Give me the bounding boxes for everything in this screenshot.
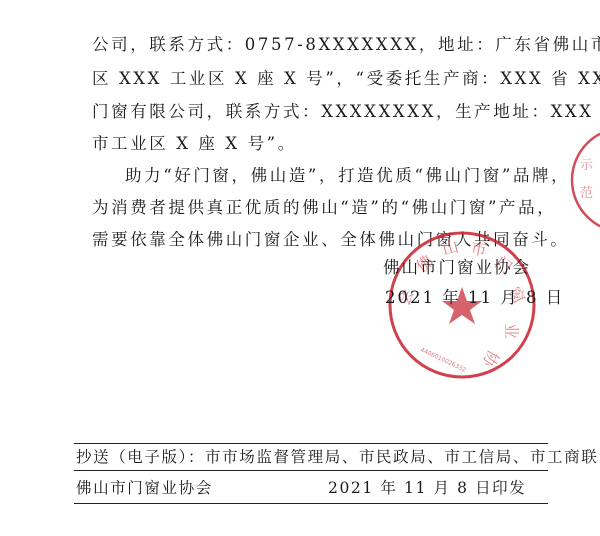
svg-text:范: 范 <box>580 186 593 201</box>
body-line-3: 门窗有限公司，联系方式：XXXXXXXX，生产地址：XXX 省 XXX <box>92 102 600 122</box>
svg-text:4406010026332: 4406010026332 <box>419 346 467 373</box>
cc-line: 抄送（电子版）：市市场监督管理局、市民政局、市工信局、市工商联 <box>76 447 598 467</box>
svg-text:业: 业 <box>502 323 521 339</box>
paragraph2-line-1: 助力“好门窗，佛山造”，打造优质“佛山门窗”品牌， <box>125 166 570 186</box>
svg-text:协: 协 <box>478 347 503 371</box>
body-line-2: 区 XXX 工业区 X 座 X 号”，“受委托生产商：XXX 省 XXX 市 <box>92 69 600 89</box>
footer-rule-middle <box>74 470 548 471</box>
issue-date: 2021 年 11 月 8 日印发 <box>328 478 526 498</box>
body-line-1: 公司，联系方式：0757-8XXXXXXX，地址：广东省佛山市 XXX <box>92 35 600 55</box>
partial-seal-icon: 示 范 <box>566 125 600 235</box>
signature-organization: 佛山市门窗业协会 <box>383 258 531 278</box>
footer-rule-bottom <box>74 503 548 504</box>
footer-rule-top <box>74 443 548 444</box>
signature-date: 2021 年 11 月 8 日 <box>385 288 564 308</box>
paragraph2-line-3: 需要依靠全体佛山门窗企业、全体佛山门窗人共同奋斗。 <box>92 230 570 250</box>
paragraph2-line-2: 为消费者提供真正优质的佛山“造”的“佛山门窗”产品， <box>92 198 556 218</box>
body-line-4: 市工业区 X 座 X 号”。 <box>92 134 297 154</box>
issuer: 佛山市门窗业协会 <box>76 478 213 498</box>
svg-text:示: 示 <box>580 158 594 173</box>
